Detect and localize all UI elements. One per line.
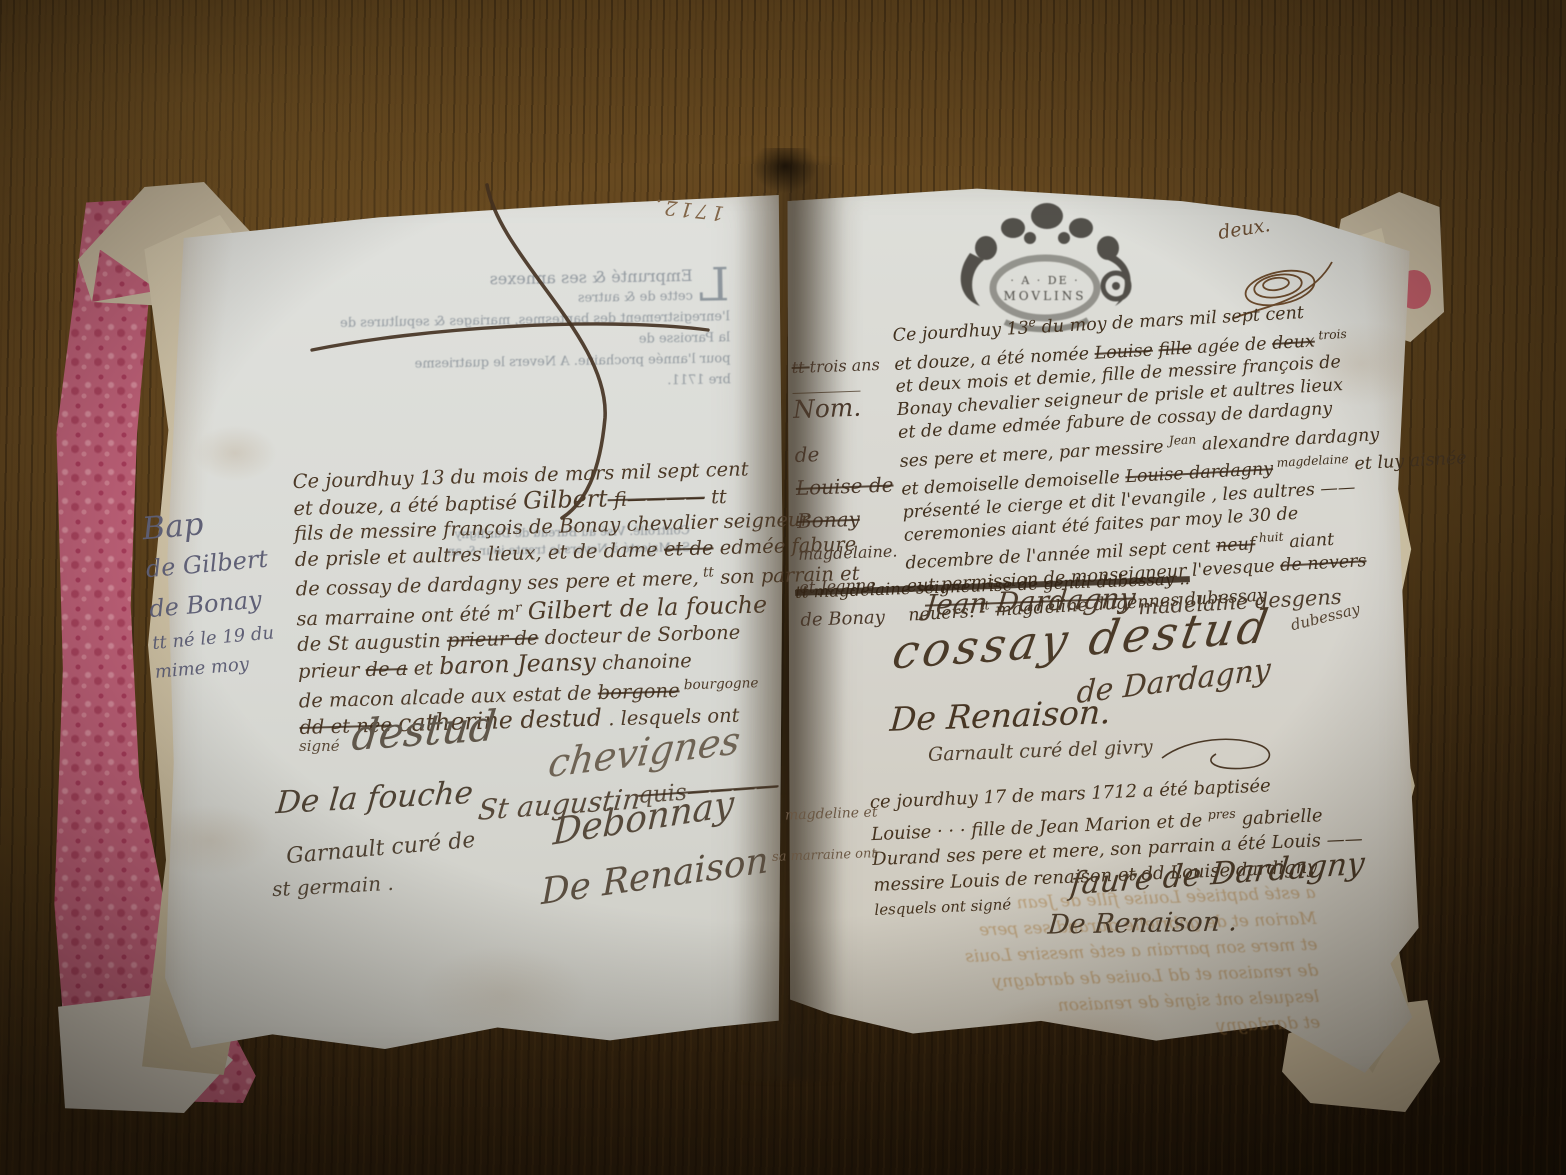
signature-de-renaison-bottom: De Renaison . bbox=[1047, 906, 1239, 940]
stamp-text-line2: MOVLINS bbox=[1003, 289, 1086, 303]
right-margin-note-2-line1: magdeline et bbox=[785, 804, 878, 823]
second-baptism-entry: ce jourdhuy 17 de mars 1712 a été baptis… bbox=[869, 770, 1354, 923]
stamp-text-line1: · A · DE · bbox=[1010, 274, 1079, 287]
spine-notch-shadow bbox=[742, 148, 828, 208]
signature-destud: destud bbox=[350, 701, 499, 761]
left-baptism-entry: Ce jourdhuy 13 du mois de mars mil sept … bbox=[292, 455, 804, 740]
signature-intro: signé bbox=[299, 737, 340, 755]
signature-de-renaison-right: De Renaison. bbox=[889, 692, 1112, 739]
